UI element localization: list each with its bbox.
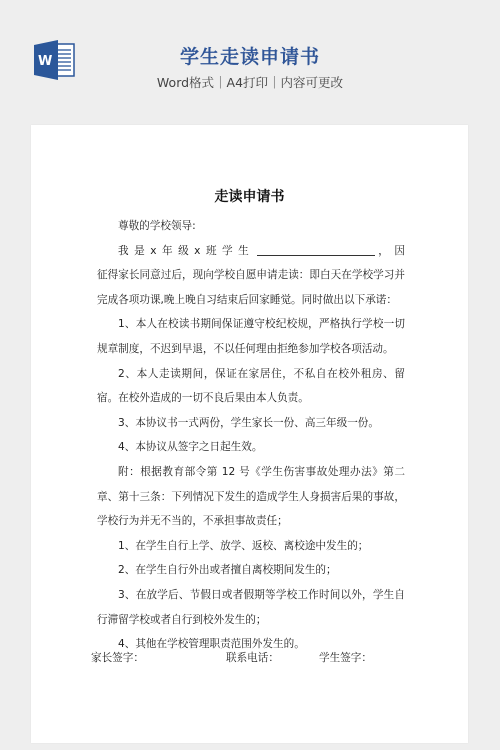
intro-word: 级 (178, 239, 189, 264)
promise-item: 2、本人走读期间，保证在家居住，不私自在校外租房、留宿。在校外造成的一切不良后果… (97, 362, 405, 411)
intro-word: 因 (394, 239, 405, 264)
intro-paragraph: 征得家长同意过后，现向学校自愿申请走读：即白天在学校学习并完成各项功课,晚上晚自… (97, 263, 405, 312)
case-item: 3、在放学后、节假日或者假期等学校工作时间以外，学生自行滞留学校或者自行到校外发… (97, 583, 405, 632)
intro-word: 班 (206, 239, 217, 264)
promise-item: 4、本协议从签字之日起生效。 (97, 435, 405, 460)
intro-word: 年 (162, 239, 173, 264)
case-item: 1、在学生自行上学、放学、返校、离校途中发生的； (97, 534, 405, 559)
header: W 学生走读申请书 Word格式｜A4打印｜内容可更改 (0, 0, 500, 125)
document-page: 走读申请书 尊敬的学校领导: 我 是 x 年 级 x 班 学 生 ， 因 征得家… (31, 125, 468, 743)
document-title: 走读申请书 (31, 187, 468, 207)
appendix-paragraph: 附：根据教育部令第 12 号《学生伤害事故处理办法》第二章、第十三条：下列情况下… (97, 460, 405, 534)
page-title: 学生走读申请书 (0, 44, 500, 70)
salutation: 尊敬的学校领导: (97, 214, 405, 239)
student-name-blank[interactable] (257, 244, 375, 256)
intro-word: 生 (238, 239, 249, 264)
parent-signature-label: 家长签字： (91, 650, 144, 665)
intro-word: 我 (118, 239, 129, 264)
promise-item: 1、本人在校读书期间保证遵守校纪校规，严格执行学校一切规章制度，不迟到早退，不以… (97, 312, 405, 361)
intro-word: 是 (134, 239, 145, 264)
page-subtitle: Word格式｜A4打印｜内容可更改 (0, 74, 500, 92)
case-item: 2、在学生自行外出或者擅自离校期间发生的； (97, 558, 405, 583)
intro-word: x (194, 239, 200, 264)
intro-word: x (150, 239, 156, 264)
document-body: 尊敬的学校领导: 我 是 x 年 级 x 班 学 生 ， 因 征得家长同意过后，… (97, 214, 405, 657)
intro-first-line: 我 是 x 年 级 x 班 学 生 ， 因 (97, 239, 405, 264)
student-signature-label: 学生签字： (319, 650, 372, 665)
promise-item: 3、本协议书一式两份，学生家长一份、高三年级一份。 (97, 411, 405, 436)
intro-word: 学 (222, 239, 233, 264)
signature-row: 家长签字： 联系电话： 学生签字： (31, 650, 468, 670)
comma: ， (378, 239, 389, 264)
phone-label: 联系电话： (226, 650, 279, 665)
